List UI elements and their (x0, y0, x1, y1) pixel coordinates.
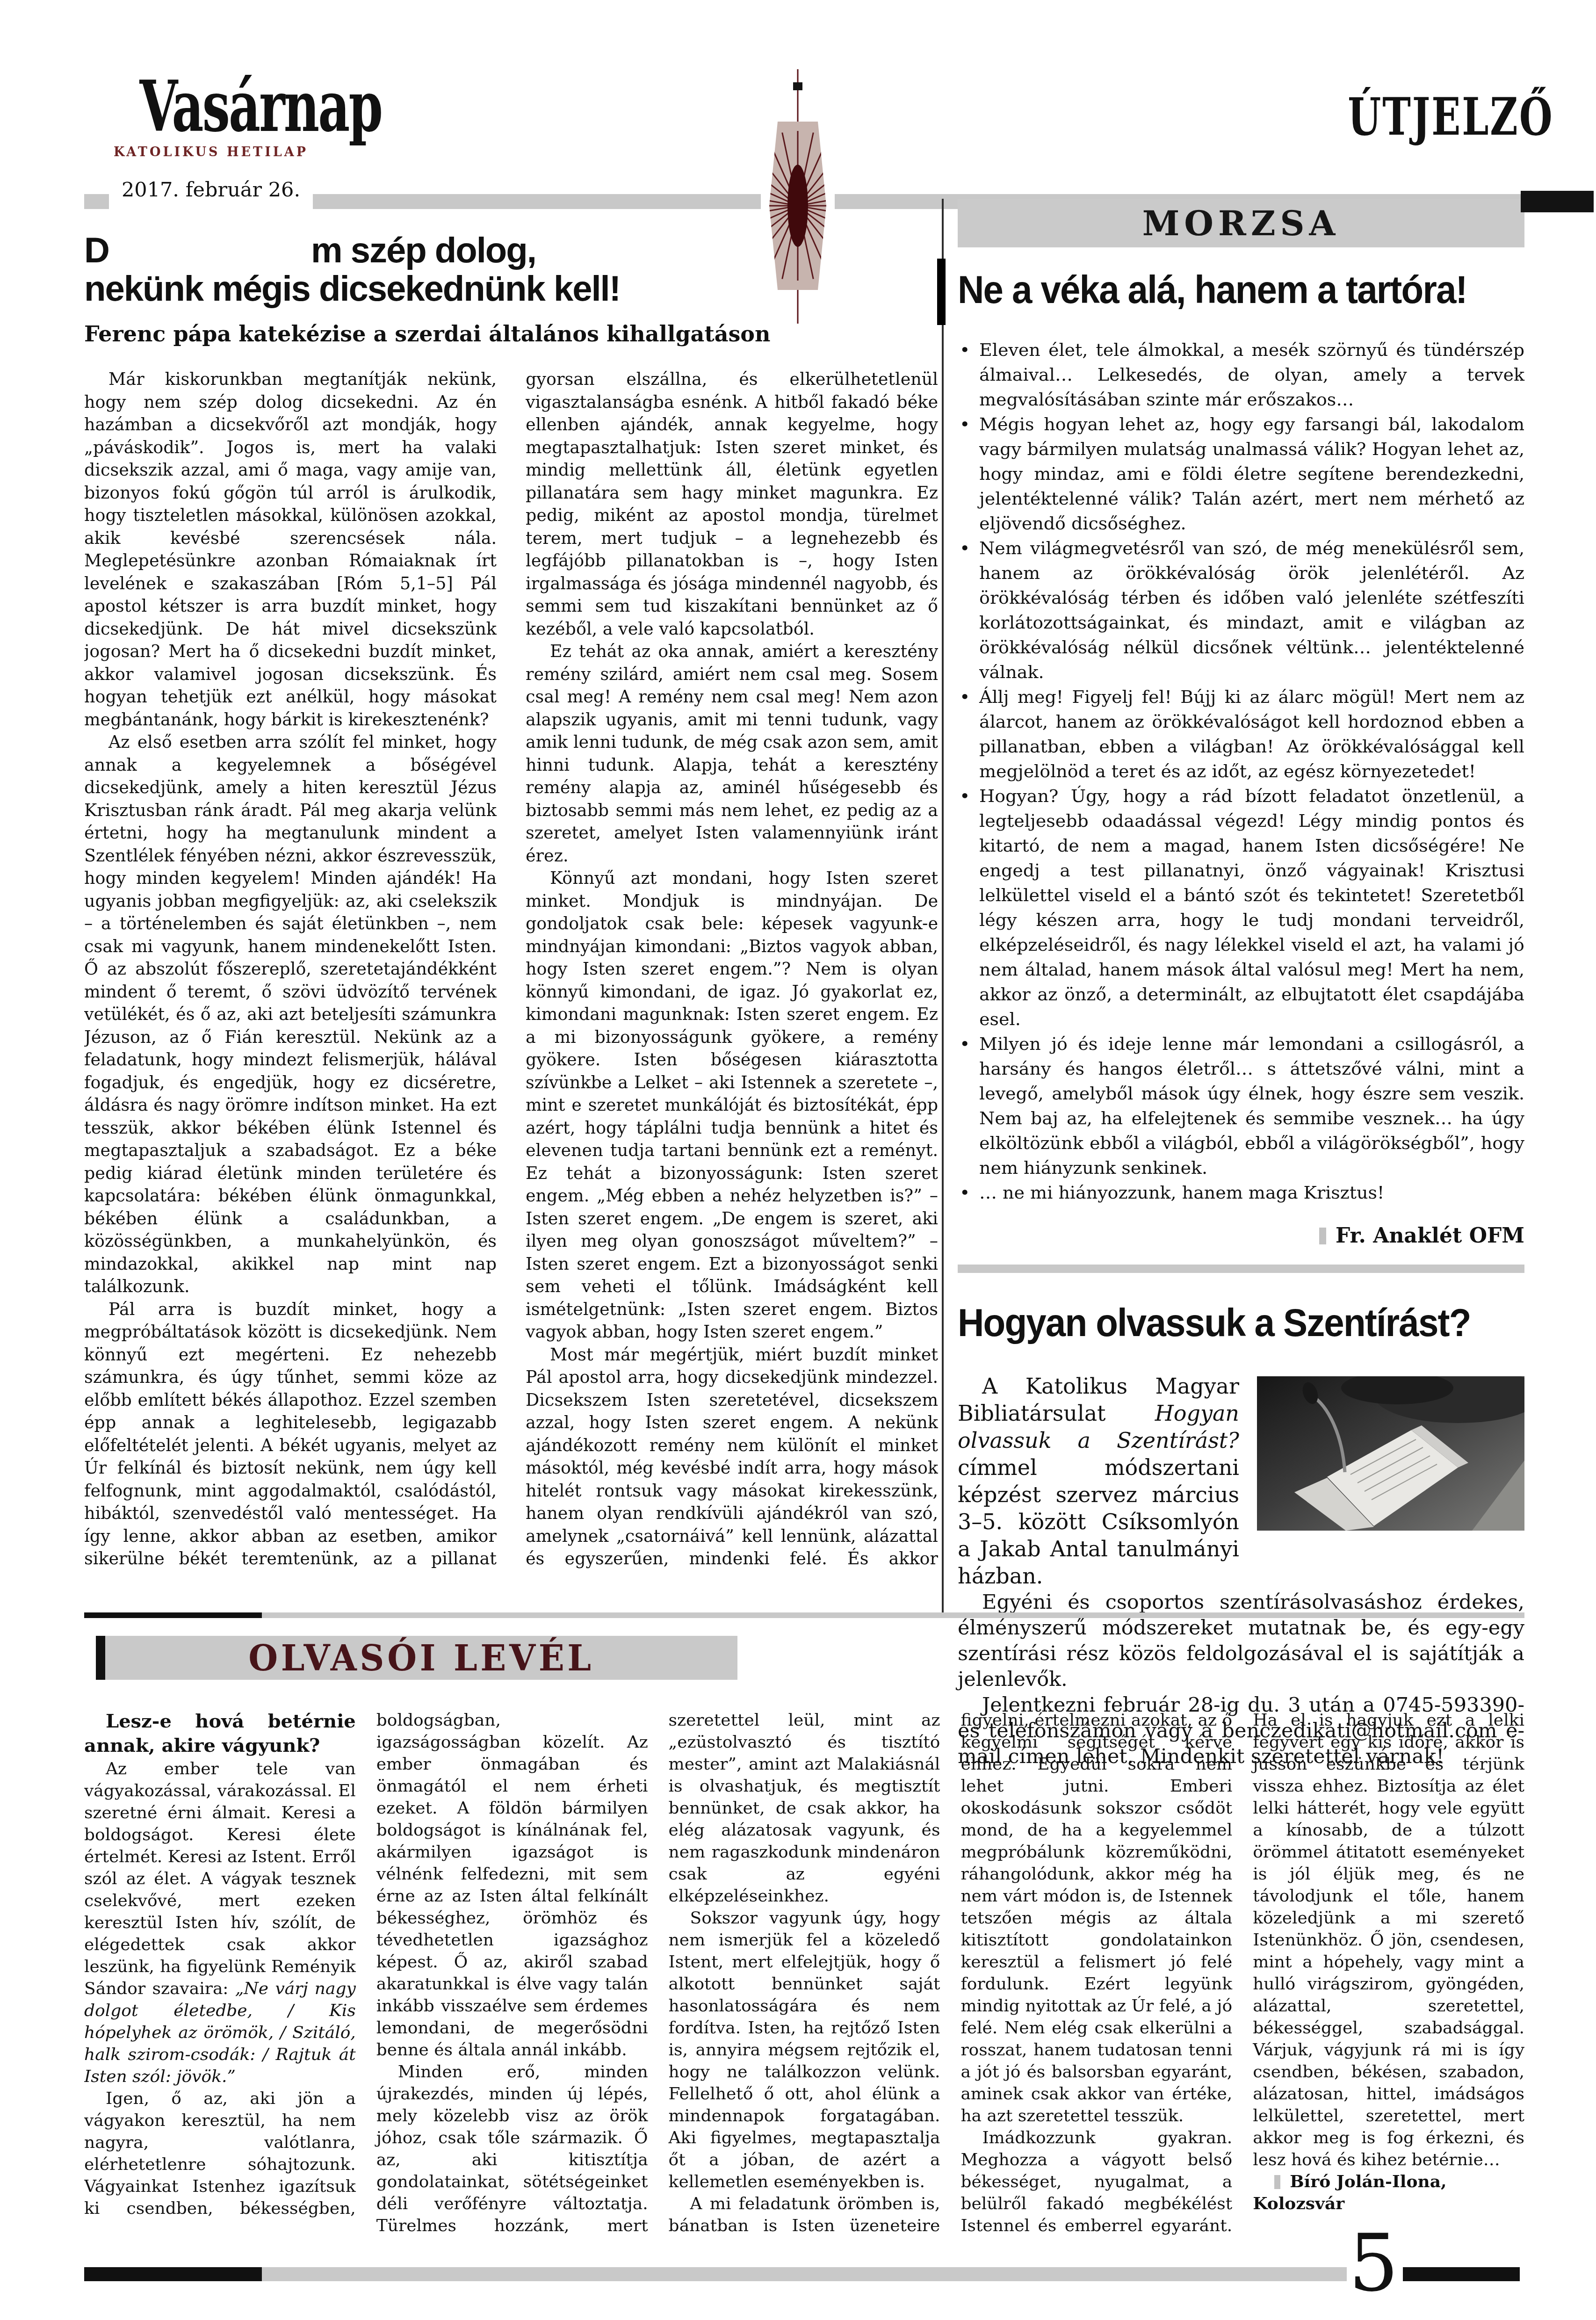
signature-city: Kolozsvár (1253, 2194, 1344, 2213)
signature-bar-icon (1319, 1228, 1326, 1244)
paragraph: Az első esetben arra szólít fel minket, … (84, 731, 497, 1298)
masthead-date: 2017. február 26. (109, 178, 313, 202)
bullet-item: Eleven élet, tele álmokkal, a mesék ször… (958, 338, 1524, 412)
bullet-item: Mégis hogyan lehet az, hogy egy farsangi… (958, 412, 1524, 536)
newspaper-page: Vasárnap KATOLIKUS HETILAP 2017. február… (0, 0, 1596, 2320)
signature-bar-icon (1274, 2175, 1280, 2189)
masthead: Vasárnap KATOLIKUS HETILAP 2017. február… (109, 69, 313, 273)
bottom-divider-gray (262, 1612, 1524, 1618)
column-rule (942, 199, 944, 1617)
article-photo (1257, 1376, 1524, 1531)
bullet-item: … ne mi hiányozzunk, hanem maga Krisztus… (958, 1180, 1524, 1205)
morzsa-headline: Ne a véka alá, hanem a tartóra! (958, 267, 1485, 312)
olvasoi-level-body: Lesz-e hová betérnie annak, akire vágyun… (84, 1709, 1524, 2263)
paragraph: Ez tehát az oka annak, amiért a kereszté… (526, 640, 938, 867)
paragraph: Egyéni és csoportos szentírásolvasáshoz … (958, 1590, 1524, 1692)
signature-name: Bíró Jolán-Ilona, (1290, 2172, 1446, 2191)
bullet-item: Hogyan? Úgy, hogy a rád bízott feladatot… (958, 784, 1524, 1032)
footer-rule-black-right (1403, 2267, 1520, 2281)
morzsa-box: MORZSA (958, 199, 1524, 247)
paragraph: Könnyű azt mondani, hogy Isten szeret mi… (526, 867, 938, 1344)
bullet-item: Állj meg! Figyelj fel! Bújj ki az álarc … (958, 685, 1524, 784)
bullet-item: Milyen jó és ideje lenne már lemondani a… (958, 1032, 1524, 1180)
section-marker-bar (937, 259, 946, 325)
footer-rule-black-left (84, 2267, 262, 2281)
masthead-cross-emblem-icon (761, 65, 835, 327)
bottom-divider-black (84, 1612, 262, 1618)
article-pope-catechesis: Dicsekedni nem szép dolog, nekünk mégis … (84, 231, 938, 1584)
paragraph: Sokszor vagyunk úgy, hogy nem ismerjük f… (669, 1907, 940, 2193)
olvasoi-title: OLVASÓI LEVÉL (121, 1637, 722, 1679)
masthead-title: Vasárnap (139, 69, 282, 144)
header-end-square (1521, 191, 1594, 212)
letter-signature: Bíró Jolán-Ilona, Kolozsvár (1253, 2171, 1524, 2215)
szentiras-headline: Hogyan olvassuk a Szentírást? (958, 1300, 1485, 1345)
section-label: ÚTJELZŐ (1348, 87, 1510, 147)
page-number: 5 (1349, 2224, 1399, 2303)
morzsa-signature: Fr. Anaklét OFM (958, 1224, 1524, 1248)
paragraph: Már kiskorunkban megtanítják nekünk, hog… (84, 368, 497, 731)
olvasoi-black-bar (96, 1636, 105, 1680)
letter-lead: Lesz-e hová betérnie annak, akire vágyun… (84, 1709, 356, 1758)
letter-paragraph-with-poem: Az ember tele van vágyakozással, várakoz… (84, 1758, 356, 2088)
olvasoi-level-header: OLVASÓI LEVÉL (96, 1636, 737, 1680)
article-body-columns: Már kiskorunkban megtanítják nekünk, hog… (84, 368, 938, 1584)
footer-rule-gray (84, 2267, 1347, 2281)
bullet-item: Nem világmegvetésről van szó, de még men… (958, 536, 1524, 685)
right-column: MORZSA Ne a véka alá, hanem a tartóra! E… (958, 199, 1524, 1770)
morzsa-title: MORZSA (1142, 203, 1340, 243)
section-divider (958, 1265, 1524, 1273)
morzsa-bullet-list: Eleven élet, tele álmokkal, a mesék ször… (958, 338, 1524, 1205)
